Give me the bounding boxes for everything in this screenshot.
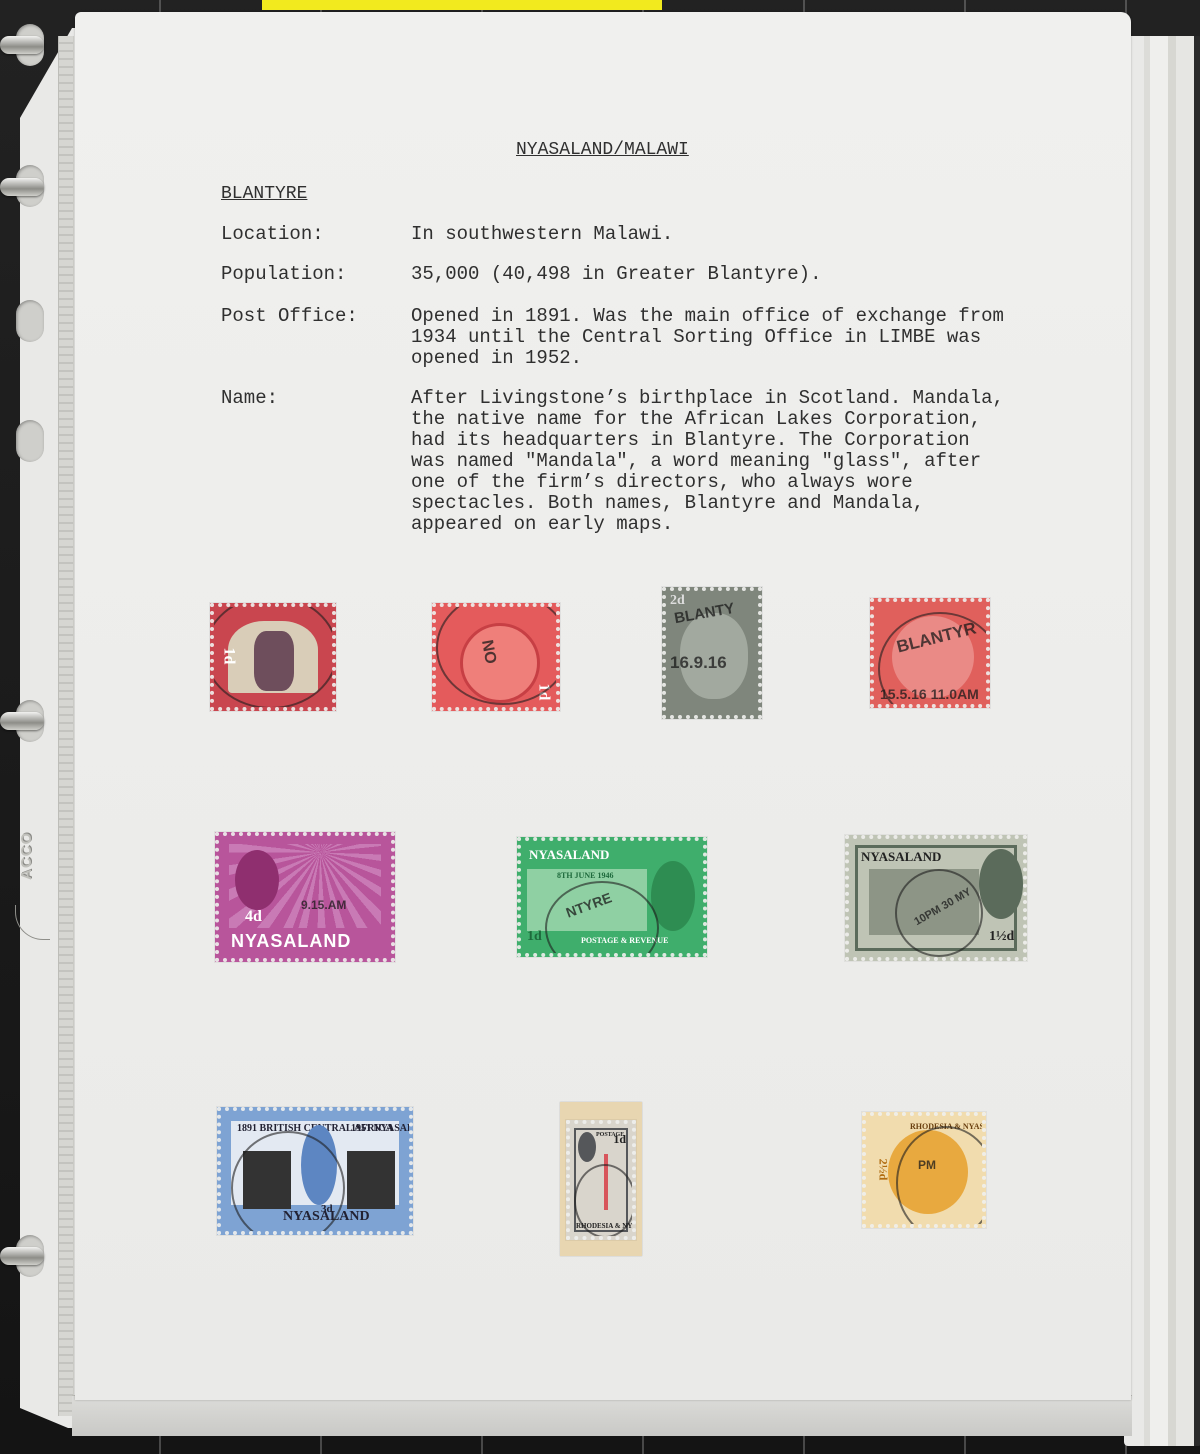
- entry-label-name: Name:: [221, 388, 278, 409]
- entry-label-population: Population:: [221, 264, 346, 285]
- stacked-album-pages: [1124, 36, 1200, 1446]
- entry-label-post-office: Post Office:: [221, 306, 358, 327]
- stamp-nyasaland-4d: 4d NYASALAND 9.15.AM: [215, 832, 395, 962]
- binder-ring: [0, 36, 44, 54]
- stamp-nyasaland-1-5d: NYASALAND 1½d 10PM 30 MY: [845, 835, 1027, 961]
- binder-ring: [0, 712, 44, 730]
- entry-value-post-office: Opened in 1891. Was the main office of e…: [411, 306, 1023, 369]
- stamp-nyasaland-protectorate-1d-b: BLANTYR 15.5.16 11.0AM: [870, 598, 990, 708]
- stamp-rhodesia-nyasaland-1d: POSTAGE 1d RHODESIA & NYASALAND: [566, 1120, 636, 1240]
- section-heading: BLANTYRE: [221, 184, 307, 205]
- punch-hole: [16, 300, 44, 342]
- punch-hole: [16, 420, 44, 462]
- binder-ring: [0, 178, 44, 196]
- stamp-nyasaland-protectorate-2d: 2d 16.9.16 BLANTY: [662, 587, 762, 719]
- yellow-index-tab: [262, 0, 662, 10]
- binder-brand-label: ACCO: [18, 832, 35, 880]
- entry-value-location: In southwestern Malawi.: [411, 224, 1021, 245]
- stamp-nyasaland-protectorate-1d: 1d NO: [432, 603, 560, 711]
- stamp-bca-1d: 1d: [210, 603, 336, 711]
- page-title: NYASALAND/MALAWI: [516, 140, 689, 161]
- sleeve-punch-strip: [58, 36, 74, 1416]
- sleeve-bottom-edge: [72, 1395, 1132, 1436]
- entry-label-location: Location:: [221, 224, 324, 245]
- binder-ring: [0, 1247, 44, 1265]
- stamp-rhodesia-nyasaland-2-5d: 2½d RHODESIA & NYASALAND PM: [862, 1112, 986, 1228]
- stamp-nyasaland-jubilee-3d: 1891 BRITISH CENTRAL AFRICA 1951 NYASALA…: [217, 1107, 413, 1235]
- entry-value-name: After Livingstone’s birthplace in Scotla…: [411, 388, 1011, 535]
- entry-value-population: 35,000 (40,498 in Greater Blantyre).: [411, 264, 1021, 285]
- stamp-nyasaland-victory-1d: NYASALAND 8TH JUNE 1946 1d POSTAGE & REV…: [517, 837, 707, 957]
